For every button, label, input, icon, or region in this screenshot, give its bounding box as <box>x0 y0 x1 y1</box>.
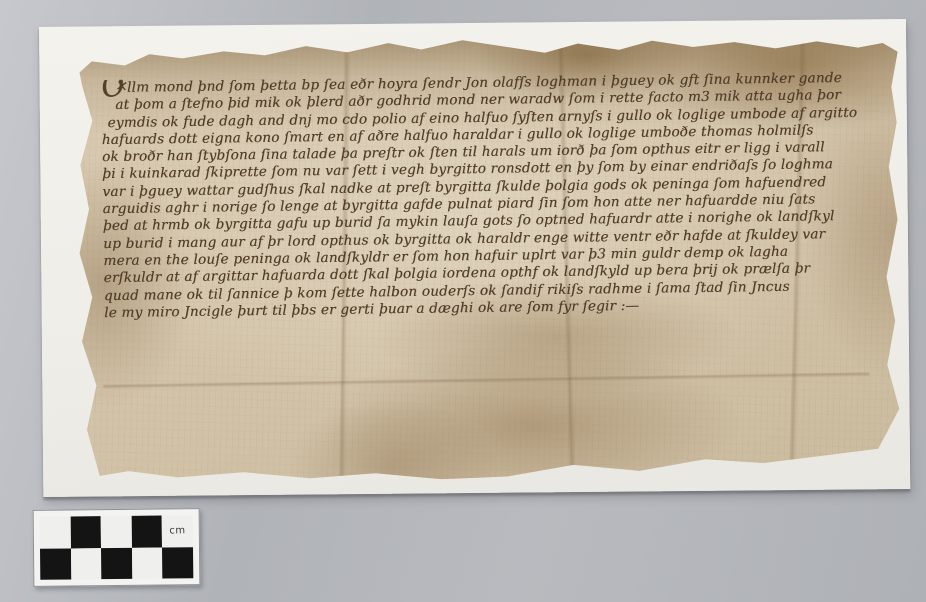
cm-unit-label: cm <box>162 515 193 547</box>
checker-square-dark <box>101 547 132 579</box>
mounting-board: ✕ Ollm mond þnd ſom þetta bp ſea eðr hoy… <box>39 19 910 497</box>
photographic-scale-card: cm <box>33 508 201 587</box>
horizontal-crease <box>103 371 869 388</box>
manuscript-text: Ollm mond þnd ſom þetta bp ſea eðr hoyra… <box>101 69 896 322</box>
checker-square-dark <box>40 548 71 580</box>
checker-square-light <box>40 516 71 548</box>
initial-letter: O <box>101 78 126 93</box>
checker-square-light <box>132 547 163 579</box>
checker-square-dark <box>131 516 162 548</box>
checker-square-light <box>71 548 102 580</box>
cm-checkerboard: cm <box>40 515 194 580</box>
parchment-document: ✕ Ollm mond þnd ſom þetta bp ſea eðr hoy… <box>75 34 903 483</box>
photo-canvas: { "scene": { "background_color": "#b4b6b… <box>0 0 926 602</box>
checker-square-light: cm <box>162 515 193 547</box>
checker-square-dark <box>70 516 101 548</box>
checker-square-light <box>101 516 132 548</box>
checker-square-dark <box>162 547 193 579</box>
